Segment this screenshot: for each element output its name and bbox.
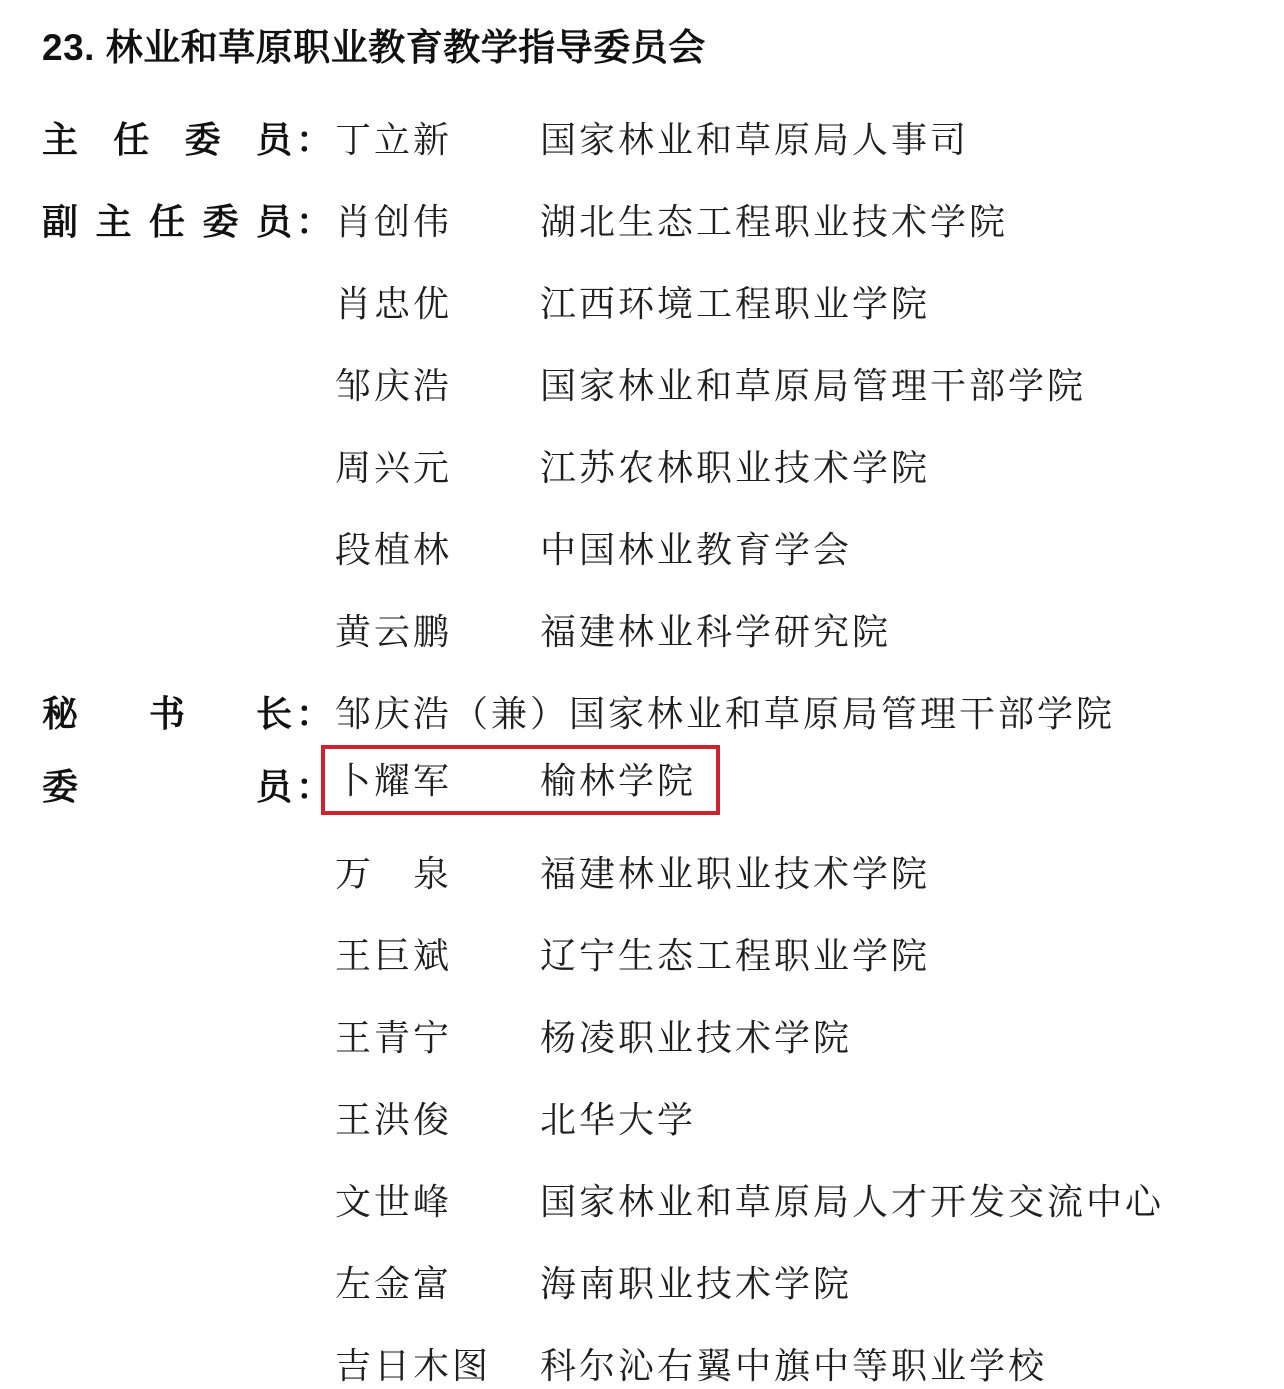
committee-row: 副主任委员 ： 肖创伟 湖北生态工程职业技术学院 xyxy=(42,198,1284,246)
member-name: 万 泉 xyxy=(335,850,540,898)
member-organization: 科尔沁右翼中旗中等职业学校 xyxy=(540,1342,1047,1389)
committee-row: ： 邹庆浩 国家林业和草原局管理干部学院 xyxy=(42,362,1284,410)
member-name: 王洪俊 xyxy=(335,1096,540,1144)
member-organization: 中国林业教育学会 xyxy=(540,526,852,574)
committee-row: ： 黄云鹏 福建林业科学研究院 xyxy=(42,608,1284,656)
member-organization: 江西环境工程职业学院 xyxy=(540,280,930,328)
role-char: 书 xyxy=(149,690,185,738)
role-label: 秘书长 ： xyxy=(42,690,335,738)
role-char: 长 xyxy=(256,690,292,738)
member-entry: 王巨斌 辽宁生态工程职业学院 xyxy=(335,932,930,980)
member-organization: 福建林业科学研究院 xyxy=(540,608,891,656)
member-entry: 文世峰 国家林业和草原局人才开发交流中心 xyxy=(335,1178,1164,1226)
member-name: 丁立新 xyxy=(335,116,540,164)
committee-member-list: 主任委员 ： 丁立新 国家林业和草原局人事司 副主任委员 ： 肖创伟 湖北生态工… xyxy=(42,116,1284,1389)
member-entry: 段植林 中国林业教育学会 xyxy=(335,526,852,574)
committee-row: ： 万 泉 福建林业职业技术学院 xyxy=(42,850,1284,898)
member-name: 文世峰 xyxy=(335,1178,540,1226)
member-organization: 国家林业和草原局人才开发交流中心 xyxy=(540,1178,1164,1226)
member-name: 邹庆浩（兼） xyxy=(335,690,569,738)
member-name: 左金富 xyxy=(335,1260,540,1308)
member-name: 肖创伟 xyxy=(335,198,540,246)
member-name: 周兴元 xyxy=(335,444,540,492)
role-colon: ： xyxy=(296,690,332,738)
role-char: 任 xyxy=(149,198,185,246)
member-organization: 杨凌职业技术学院 xyxy=(540,1014,852,1062)
role-char: 副 xyxy=(42,198,78,246)
role-colon: ： xyxy=(296,198,332,246)
committee-row: ： 王洪俊 北华大学 xyxy=(42,1096,1284,1144)
document-page: 23. 林业和草原职业教育教学指导委员会 主任委员 ： 丁立新 国家林业和草原局… xyxy=(0,0,1284,1389)
committee-row: ： 左金富 海南职业技术学院 xyxy=(42,1260,1284,1308)
role-char: 委 xyxy=(202,198,238,246)
committee-row: ： 肖忠优 江西环境工程职业学院 xyxy=(42,280,1284,328)
member-entry: 吉日木图 科尔沁右翼中旗中等职业学校 xyxy=(335,1342,1047,1389)
member-organization: 江苏农林职业技术学院 xyxy=(540,444,930,492)
member-entry: 黄云鹏 福建林业科学研究院 xyxy=(335,608,891,656)
committee-row: ： 王巨斌 辽宁生态工程职业学院 xyxy=(42,932,1284,980)
role-char: 秘 xyxy=(42,690,78,738)
role-colon: ： xyxy=(296,116,332,164)
member-name: 肖忠优 xyxy=(335,280,540,328)
role-text: 主任委员 xyxy=(42,116,292,164)
committee-row: ： 王青宁 杨凌职业技术学院 xyxy=(42,1014,1284,1062)
committee-row: 主任委员 ： 丁立新 国家林业和草原局人事司 xyxy=(42,116,1284,164)
role-text: 委员 xyxy=(42,763,292,811)
role-char: 委 xyxy=(185,116,221,164)
member-entry: 邹庆浩（兼） 国家林业和草原局管理干部学院 xyxy=(335,690,1115,738)
role-char: 任 xyxy=(113,116,149,164)
committee-row: ： 吉日木图 科尔沁右翼中旗中等职业学校 xyxy=(42,1342,1284,1389)
committee-row: 秘书长 ： 邹庆浩（兼） 国家林业和草原局管理干部学院 xyxy=(42,690,1284,738)
section-heading: 23. 林业和草原职业教育教学指导委员会 xyxy=(42,24,1284,72)
role-char: 员 xyxy=(256,763,292,811)
member-entry: 周兴元 江苏农林职业技术学院 xyxy=(335,444,930,492)
member-entry: 王青宁 杨凌职业技术学院 xyxy=(335,1014,852,1062)
member-organization: 榆林学院 xyxy=(540,757,696,805)
member-entry: 肖忠优 江西环境工程职业学院 xyxy=(335,280,930,328)
committee-row: ： 周兴元 江苏农林职业技术学院 xyxy=(42,444,1284,492)
member-name: 黄云鹏 xyxy=(335,608,540,656)
member-name: 王青宁 xyxy=(335,1014,540,1062)
member-entry: 左金富 海南职业技术学院 xyxy=(335,1260,852,1308)
role-text: 秘书长 xyxy=(42,690,292,738)
member-name: 王巨斌 xyxy=(335,932,540,980)
role-label: 主任委员 ： xyxy=(42,116,335,164)
member-organization: 国家林业和草原局人事司 xyxy=(540,116,969,164)
member-entry: 肖创伟 湖北生态工程职业技术学院 xyxy=(335,198,1008,246)
member-entry: 王洪俊 北华大学 xyxy=(335,1096,696,1144)
highlighted-member-entry: 卜耀军 榆林学院 xyxy=(321,745,720,815)
member-organization: 国家林业和草原局管理干部学院 xyxy=(569,690,1115,738)
member-name: 卜耀军 xyxy=(335,757,540,805)
role-char: 主 xyxy=(95,198,131,246)
member-organization: 辽宁生态工程职业学院 xyxy=(540,932,930,980)
role-char: 委 xyxy=(42,763,78,811)
member-entry: 丁立新 国家林业和草原局人事司 xyxy=(335,116,969,164)
committee-row: 委员 ： 卜耀军 榆林学院 xyxy=(42,763,1284,811)
member-organization: 海南职业技术学院 xyxy=(540,1260,852,1308)
member-organization: 国家林业和草原局管理干部学院 xyxy=(540,362,1086,410)
member-name: 邹庆浩 xyxy=(335,362,540,410)
member-name: 段植林 xyxy=(335,526,540,574)
member-entry: 邹庆浩 国家林业和草原局管理干部学院 xyxy=(335,362,1086,410)
member-organization: 北华大学 xyxy=(540,1096,696,1144)
role-label: 委员 ： xyxy=(42,763,335,811)
member-organization: 福建林业职业技术学院 xyxy=(540,850,930,898)
role-char: 员 xyxy=(256,198,292,246)
role-label: 副主任委员 ： xyxy=(42,198,335,246)
member-entry: 万 泉 福建林业职业技术学院 xyxy=(335,850,930,898)
role-char: 主 xyxy=(42,116,78,164)
role-text: 副主任委员 xyxy=(42,198,292,246)
committee-row: ： 文世峰 国家林业和草原局人才开发交流中心 xyxy=(42,1178,1284,1226)
committee-row: ： 段植林 中国林业教育学会 xyxy=(42,526,1284,574)
member-name: 吉日木图 xyxy=(335,1342,540,1389)
member-organization: 湖北生态工程职业技术学院 xyxy=(540,198,1008,246)
role-char: 员 xyxy=(256,116,292,164)
